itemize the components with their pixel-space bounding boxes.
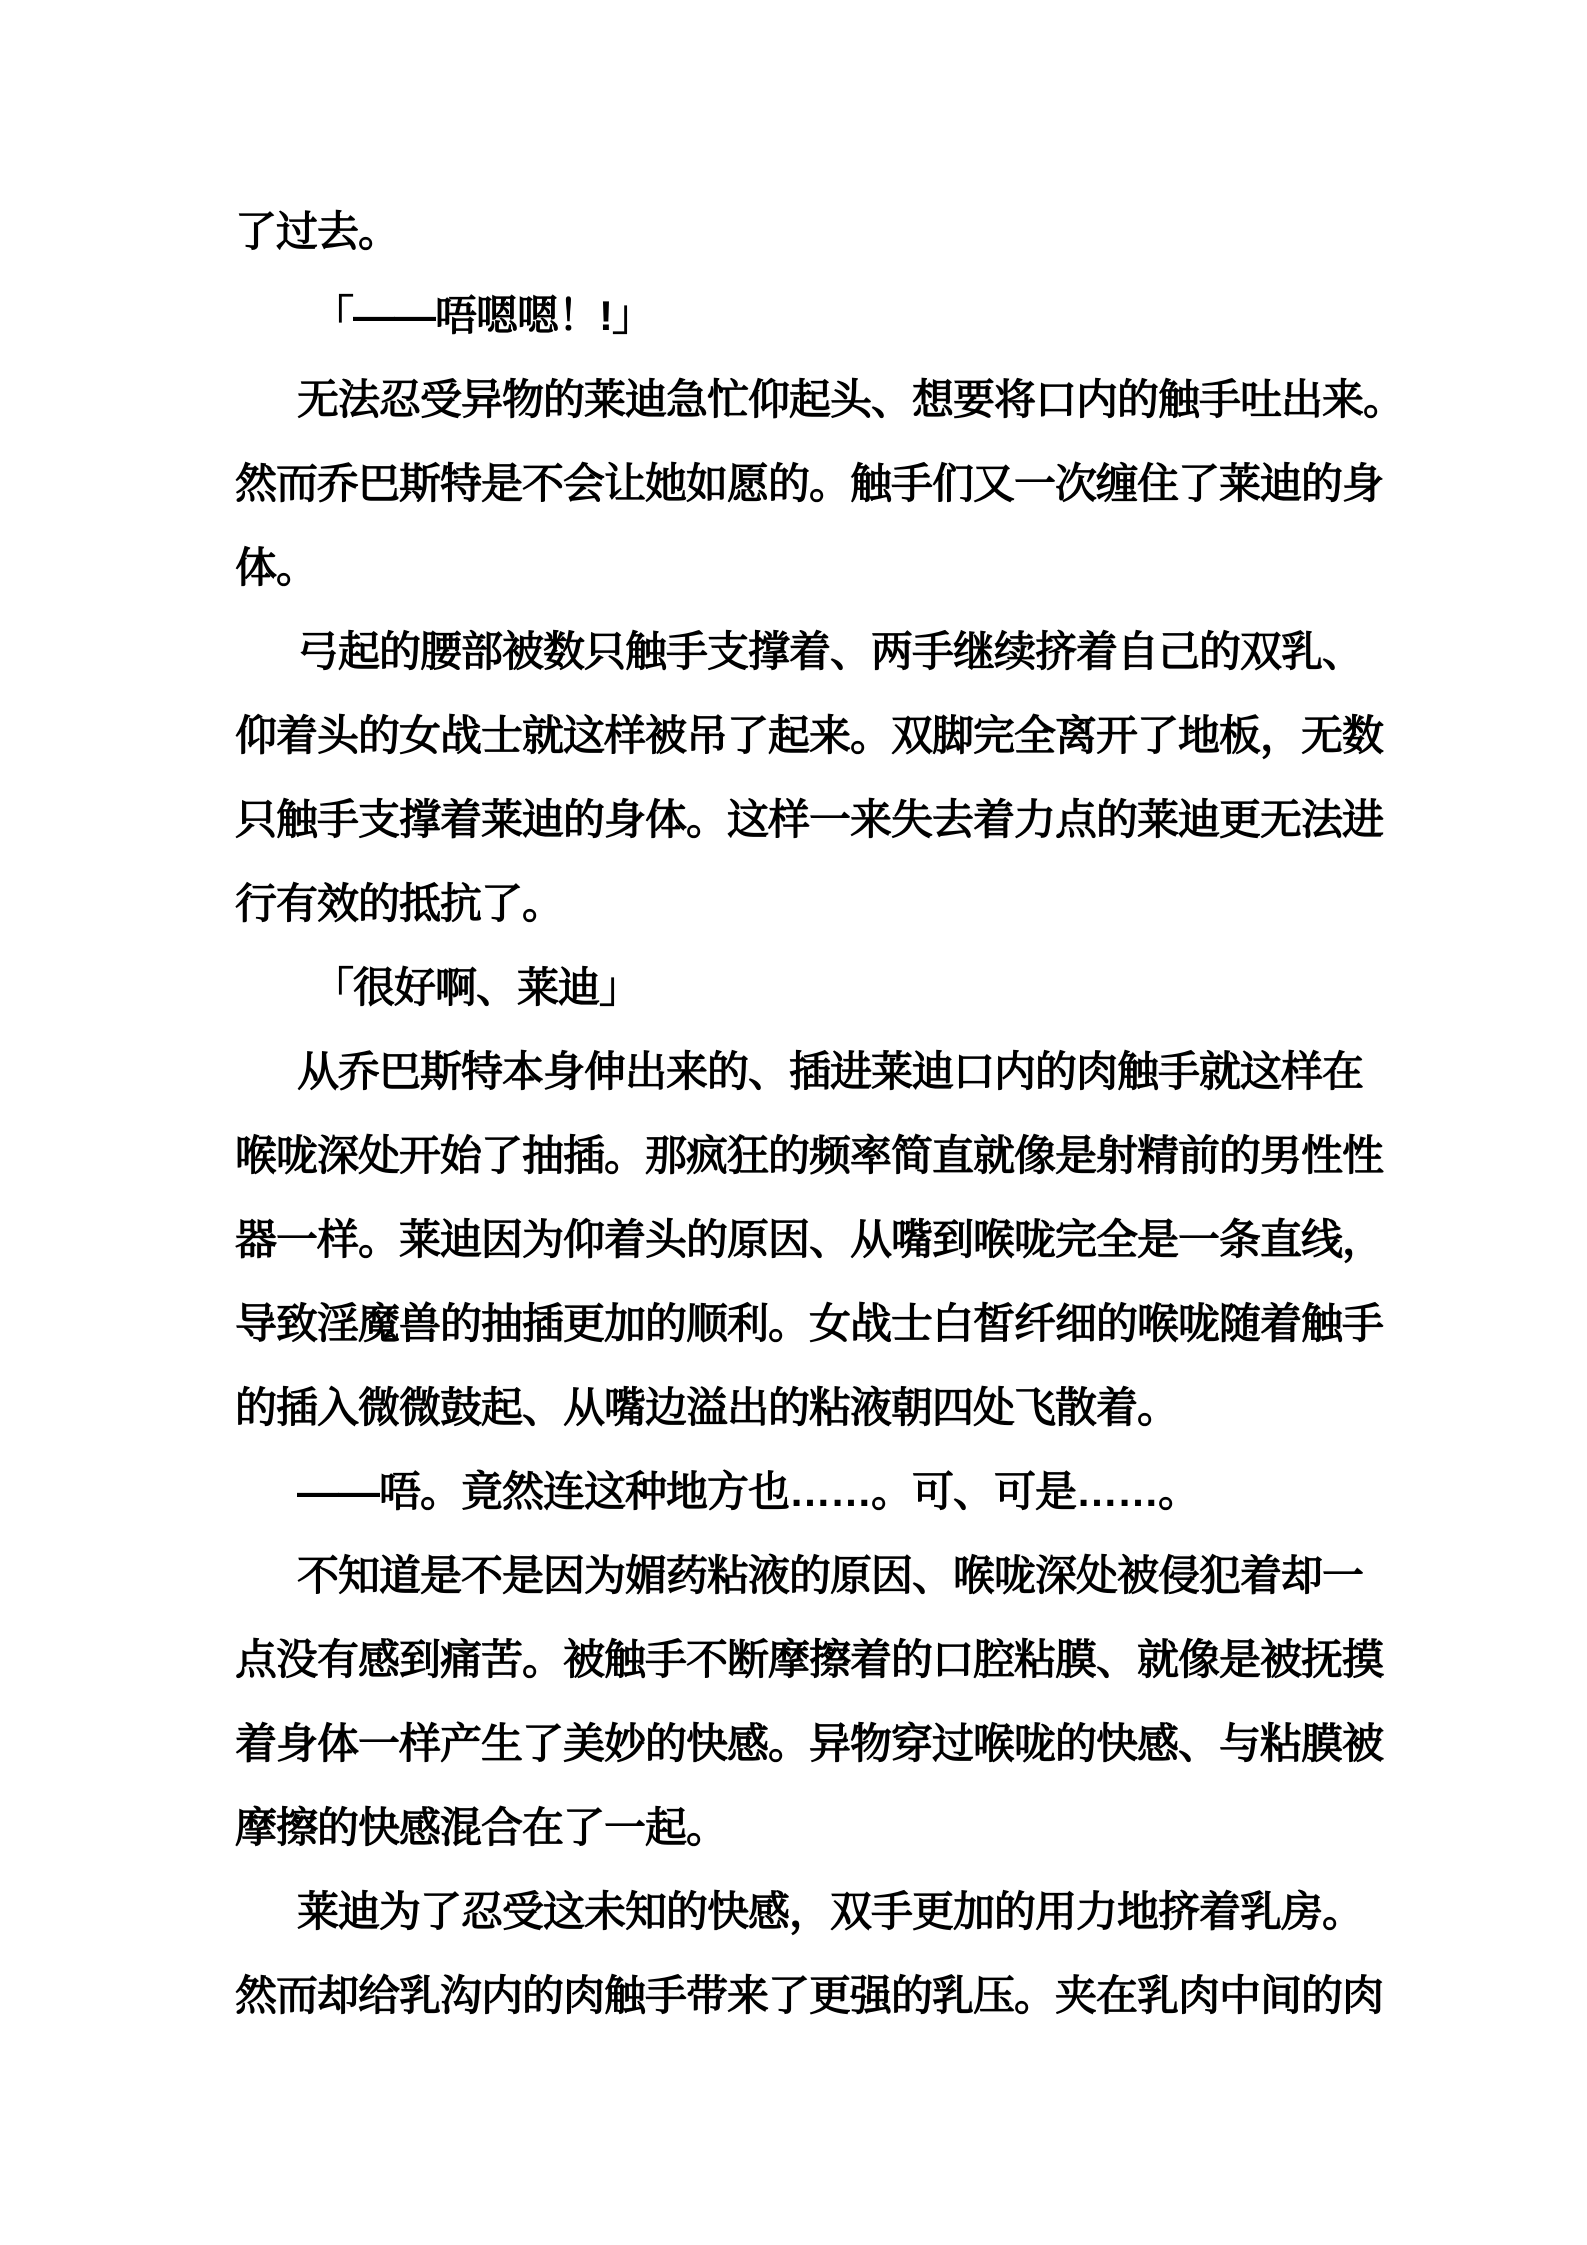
text-line: 行有效的抵抗了。 [235,862,1415,946]
text-line: 然而却给乳沟内的肉触手带来了更强的乳压。夹在乳肉中间的肉 [235,1954,1415,2038]
text-line: 「——唔嗯嗯！!」 [235,274,1415,358]
text-line: 弓起的腰部被数只触手支撑着、两手继续挤着自己的双乳、 [235,610,1415,694]
text-line: 体。 [235,526,1415,610]
novel-page: 了过去。「——唔嗯嗯！!」无法忍受异物的莱迪急忙仰起头、想要将口内的触手吐出来。… [0,0,1587,2245]
text-line: 了过去。 [235,190,1415,274]
text-line: 然而乔巴斯特是不会让她如愿的。触手们又一次缠住了莱迪的身 [235,442,1415,526]
text-line: ——唔。竟然连这种地方也……。可、可是……。 [235,1450,1415,1534]
text-line: 器一样。莱迪因为仰着头的原因、从嘴到喉咙完全是一条直线， [235,1198,1415,1282]
novel-text-block: 了过去。「——唔嗯嗯！!」无法忍受异物的莱迪急忙仰起头、想要将口内的触手吐出来。… [235,190,1415,2038]
text-line: 莱迪为了忍受这未知的快感，双手更加的用力地挤着乳房。 [235,1870,1415,1954]
text-line: 点没有感到痛苦。被触手不断摩擦着的口腔粘膜、就像是被抚摸 [235,1618,1415,1702]
text-line: 的插入微微鼓起、从嘴边溢出的粘液朝四处飞散着。 [235,1366,1415,1450]
text-line: 「很好啊、莱迪」 [235,946,1415,1030]
text-line: 仰着头的女战士就这样被吊了起来。双脚完全离开了地板，无数 [235,694,1415,778]
text-line: 只触手支撑着莱迪的身体。这样一来失去着力点的莱迪更无法进 [235,778,1415,862]
text-line: 无法忍受异物的莱迪急忙仰起头、想要将口内的触手吐出来。 [235,358,1415,442]
text-line: 从乔巴斯特本身伸出来的、插进莱迪口内的肉触手就这样在 [235,1030,1415,1114]
text-line: 着身体一样产生了美妙的快感。异物穿过喉咙的快感、与粘膜被 [235,1702,1415,1786]
text-line: 不知道是不是因为媚药粘液的原因、喉咙深处被侵犯着却一 [235,1534,1415,1618]
text-line: 喉咙深处开始了抽插。那疯狂的频率简直就像是射精前的男性性 [235,1114,1415,1198]
text-line: 摩擦的快感混合在了一起。 [235,1786,1415,1870]
text-line: 导致淫魔兽的抽插更加的顺利。女战士白皙纤细的喉咙随着触手 [235,1282,1415,1366]
